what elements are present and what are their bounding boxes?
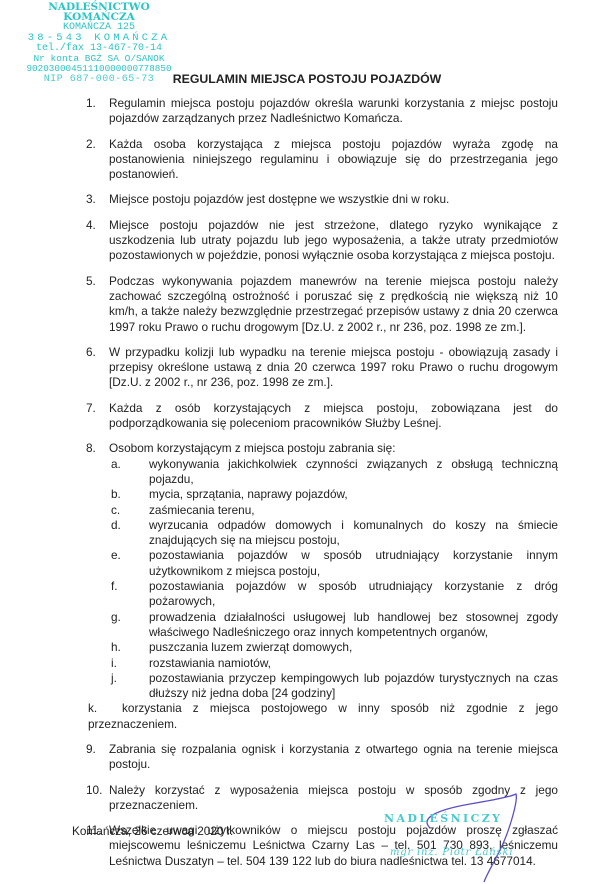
- rule-item: 4.Miejsce postoju pojazdów nie jest strz…: [86, 218, 558, 264]
- rule-item: 7.Każda z osób korzystających z miejsca …: [86, 401, 558, 432]
- sub-item-label: d.: [109, 518, 149, 549]
- rule-text: Osobom korzystającym z miejsca postoju z…: [109, 441, 558, 456]
- sub-item-text: wyrzucania odpadów domowych i komunalnyc…: [149, 518, 558, 549]
- rule-content: Zabrania się rozpalania ognisk i korzyst…: [109, 742, 558, 773]
- rule-text: Miejsce postoju pojazdów jest dostępne w…: [109, 192, 558, 207]
- sub-item-label: h.: [109, 640, 149, 655]
- rule-number: 3.: [86, 192, 109, 207]
- rule-number: 6.: [86, 345, 109, 391]
- rule-text: Każda z osób korzystających z miejsca po…: [109, 401, 558, 432]
- rule-number: 8.: [86, 441, 109, 732]
- handwritten-signature: [390, 790, 530, 884]
- rule-item: 2.Każda osoba korzystająca z miejsca pos…: [86, 137, 558, 183]
- rule-item: 8.Osobom korzystającym z miejsca postoju…: [86, 441, 558, 732]
- sub-item-label: f.: [109, 579, 149, 610]
- rule-item: 6.W przypadku kolizji lub wypadku na ter…: [86, 345, 558, 391]
- signatory-title: NADLEŚNICZY: [384, 812, 502, 825]
- rule-number: 7.: [86, 401, 109, 432]
- sub-item-label: i.: [109, 656, 149, 671]
- sub-item-label: g.: [109, 610, 149, 641]
- rule-item: 1.Regulamin miejsca postoju pojazdów okr…: [86, 96, 558, 127]
- rule-number: 1.: [86, 96, 109, 127]
- sub-item-text: puszczania luzem zwierząt domowych,: [149, 640, 558, 655]
- sub-item-label: a.: [109, 457, 149, 488]
- rule-content: Osobom korzystającym z miejsca postoju z…: [109, 441, 558, 732]
- rule-text: Regulamin miejsca postoju pojazdów okreś…: [109, 96, 558, 127]
- sub-item: k.korzystania z miejsca postojowego w in…: [88, 701, 558, 732]
- sub-item: d.wyrzucania odpadów domowych i komunaln…: [109, 518, 558, 549]
- sub-item: h.puszczania luzem zwierząt domowych,: [109, 640, 558, 655]
- rule-text: Podczas wykonywania pojazdem manewrów na…: [109, 274, 558, 335]
- sub-item-text: mycia, sprzątania, naprawy pojazdów,: [149, 487, 558, 502]
- rule-item: 3.Miejsce postoju pojazdów jest dostępne…: [86, 192, 558, 207]
- rule-number: 9.: [86, 742, 109, 773]
- sub-item-text: pozostawiania przyczep kempingowych lub …: [149, 671, 558, 702]
- rule-item: 5.Podczas wykonywania pojazdem manewrów …: [86, 274, 558, 335]
- sub-item-label: b.: [109, 487, 149, 502]
- rule-number: 4.: [86, 218, 109, 264]
- stamp-line: NADLEŚNICTWO KOMAŃCZA: [24, 2, 174, 23]
- sub-item: g.prowadzenia działalności usługowej lub…: [109, 610, 558, 641]
- sub-item: c.zaśmiecania terenu,: [109, 503, 558, 518]
- rule-text: Miejsce postoju pojazdów nie jest strzeż…: [109, 218, 558, 264]
- rule-text: Zabrania się rozpalania ognisk i korzyst…: [109, 742, 558, 773]
- sub-item-text: pozostawiania pojazdów w sposób utrudnia…: [149, 579, 558, 610]
- rule-content: Każda z osób korzystających z miejsca po…: [109, 401, 558, 432]
- sub-item-text: pozostawiania pojazdów w sposób utrudnia…: [149, 548, 558, 579]
- sub-item: a.wykonywania jakichkolwiek czynności zw…: [109, 457, 558, 488]
- sub-item: i.rozstawiania namiotów,: [109, 656, 558, 671]
- sub-item: f.pozostawiania pojazdów w sposób utrudn…: [109, 579, 558, 610]
- rule-text: Każda osoba korzystająca z miejsca posto…: [109, 137, 558, 183]
- sub-item-text: rozstawiania namiotów,: [149, 656, 558, 671]
- sub-item: b.mycia, sprzątania, naprawy pojazdów,: [109, 487, 558, 502]
- date-place: Komańcza, 26 czerwca 2020 r.: [72, 824, 233, 838]
- sub-item-label: j.: [109, 671, 149, 702]
- sub-item: e.pozostawiania pojazdów w sposób utrudn…: [109, 548, 558, 579]
- sub-item: j.pozostawiania przyczep kempingowych lu…: [109, 671, 558, 702]
- rule-item: 9.Zabrania się rozpalania ognisk i korzy…: [86, 742, 558, 773]
- sub-item-text: korzystania z miejsca postojowego w inny…: [88, 701, 558, 730]
- rule-content: Miejsce postoju pojazdów jest dostępne w…: [109, 192, 558, 207]
- rule-content: Podczas wykonywania pojazdem manewrów na…: [109, 274, 558, 335]
- sub-item-text: prowadzenia działalności usługowej lub h…: [149, 610, 558, 641]
- rule-content: W przypadku kolizji lub wypadku na teren…: [109, 345, 558, 391]
- rule-number: 2.: [86, 137, 109, 183]
- rule-text: W przypadku kolizji lub wypadku na teren…: [109, 345, 558, 391]
- rules-list: 1.Regulamin miejsca postoju pojazdów okr…: [86, 96, 558, 879]
- rule-number: 5.: [86, 274, 109, 335]
- sub-item-label: e.: [109, 548, 149, 579]
- rule-content: Każda osoba korzystająca z miejsca posto…: [109, 137, 558, 183]
- sub-item-text: wykonywania jakichkolwiek czynności zwią…: [149, 457, 558, 488]
- document-title: REGULAMIN MIEJSCA POSTOJU POJAZDÓW: [0, 72, 614, 86]
- sub-item-label: c.: [109, 503, 149, 518]
- sub-item-label: k.: [88, 701, 122, 716]
- rule-content: Miejsce postoju pojazdów nie jest strzeż…: [109, 218, 558, 264]
- rule-number: 10.: [86, 783, 109, 814]
- sub-item-text: zaśmiecania terenu,: [149, 503, 558, 518]
- signatory-name: mgr inż. Piotr Łański: [390, 847, 513, 858]
- rule-content: Regulamin miejsca postoju pojazdów okreś…: [109, 96, 558, 127]
